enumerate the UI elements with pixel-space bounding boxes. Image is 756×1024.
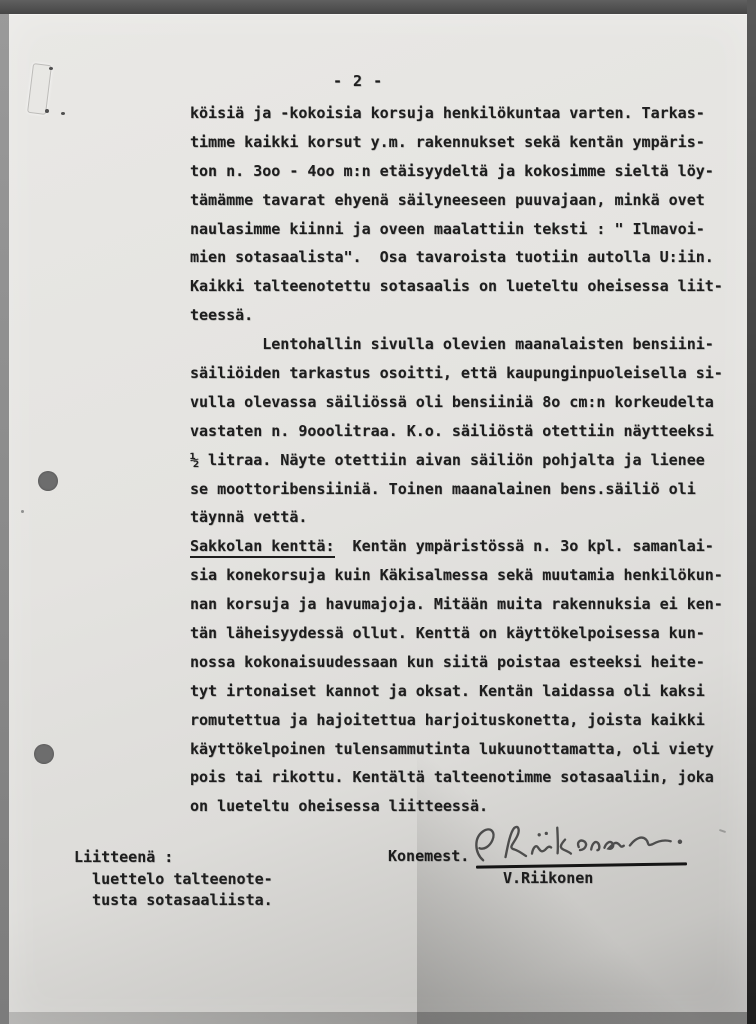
body-line: vulla olevassa säiliössä oli bensiiniä 8… [190,388,735,417]
body-line: teessä. [190,301,735,330]
body-line: se moottoribensiiniä. Toinen maanalainen… [190,475,735,504]
page-number: - 2 - [333,72,383,90]
punch-hole-top [38,471,58,491]
signer-role-label: Konemest. [388,847,469,865]
body-line: tyt irtonaiset kannot ja oksat. Kentän l… [190,677,735,706]
body-line: Sakkolan kenttä: Kentän ympäristössä n. … [190,532,735,561]
body-line: nossa kokonaisuudessaan kun siitä poista… [190,648,735,677]
paper-speck [61,112,65,115]
body-line: naulasimme kiinni ja oveen maalattiin te… [190,215,735,244]
body-line: nan korsuja ja havumajoja. Mitään muita … [190,590,735,619]
body-line: sia konekorsuja kuin Käkisalmessa sekä m… [190,561,735,590]
body-line: Kaikki talteenotettu sotasaalis on luete… [190,272,735,301]
body-line: ton n. 3oo - 4oo m:n etäisyydeltä ja kok… [190,157,735,186]
attachment-line: tusta sotasaaliista. [74,890,273,912]
paper-speck [49,67,53,70]
backdrop-right-band [747,0,756,1024]
body-line: romutettua ja hajoitettua harjoituskonet… [190,706,735,735]
body-line: vastaten n. 9ooolitraa. K.o. säiliöstä o… [190,417,735,446]
signer-typed-name: V.Riikonen [503,869,593,887]
paper-speck [45,109,49,113]
punch-hole-bottom [34,744,54,764]
body-line: tämämme tavarat ehyenä säilyneeseen puuv… [190,186,735,215]
body-line: täynnä vettä. [190,503,735,532]
paper-bottom-shadow [9,1012,747,1024]
attachment-line: luettelo talteenote- [74,869,273,891]
body-line: mien sotasaalista". Osa tavaroista tuoti… [190,243,735,272]
paper-speck [21,510,24,513]
backdrop-top-band [0,0,756,14]
scanned-document-photo: - 2 - köisiä ja -kokoisia korsuja henkil… [0,0,756,1024]
body-line: säiliöiden tarkastus osoitti, että kaupu… [190,359,735,388]
body-line: tän läheisyydessä ollut. Kenttä on käytt… [190,619,735,648]
body-line: köisiä ja -kokoisia korsuja henkilökunta… [190,99,735,128]
body-line: Lentohallin sivulla olevien maanalaisten… [190,330,735,359]
body-line: ½ litraa. Näyte otettiin aivan säiliön p… [190,446,735,475]
underlined-heading: Sakkolan kenttä: [190,537,335,558]
body-line: käyttökelpoinen tulensammutinta lukuunot… [190,735,735,764]
attachment-note: Liitteenä : luettelo talteenote- tusta s… [74,847,273,912]
body-line: pois tai rikottu. Kentältä talteenotimme… [190,763,735,792]
body-line: timme kaikki korsut y.m. rakennukset sek… [190,128,735,157]
body-text: köisiä ja -kokoisia korsuja henkilökunta… [190,99,735,821]
attachment-line: Liitteenä : [74,847,273,869]
